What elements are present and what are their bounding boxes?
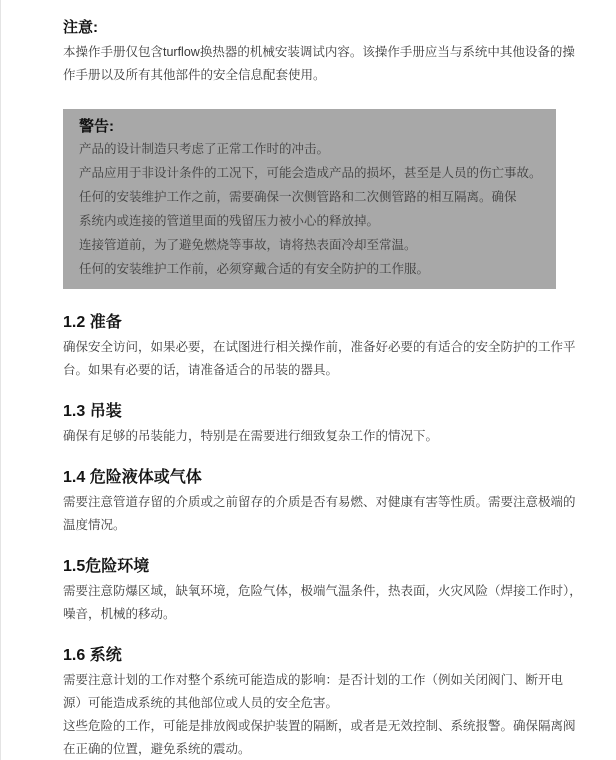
notice-heading: 注意: <box>63 18 608 38</box>
section-heading-hazardous-fluids: 1.4 危险液体或气体 <box>63 468 608 488</box>
page-content: 注意: 本操作手册仅包含turflow换热器的机械安装调试内容。该操作手册应当与… <box>1 0 616 760</box>
section-hazardous-environment: 1.5危险环境 需要注意防爆区域，缺氧环境，危险气体，极端气温条件，热表面，火灾… <box>63 557 608 626</box>
section-body-lifting: 确保有足够的吊装能力，特别是在需要进行细致复杂工作的情况下。 <box>63 425 608 448</box>
section-heading-lifting: 1.3 吊装 <box>63 402 608 422</box>
manual-page: 注意: 本操作手册仅包含turflow换热器的机械安装调试内容。该操作手册应当与… <box>0 0 616 760</box>
section-heading-preparation: 1.2 准备 <box>63 313 608 333</box>
section-preparation: 1.2 准备 确保安全访问，如果必要，在试图进行相关操作前，准备好必要的有适合的… <box>63 313 608 382</box>
section-heading-hazardous-environment: 1.5危险环境 <box>63 557 608 577</box>
section-heading-system: 1.6 系统 <box>63 646 608 666</box>
section-body-hazardous-fluids: 需要注意管道存留的介质或之前留存的介质是否有易燃、对健康有害等性质。需要注意极端… <box>63 491 608 537</box>
section-lifting: 1.3 吊装 确保有足够的吊装能力，特别是在需要进行细致复杂工作的情况下。 <box>63 402 608 448</box>
warning-heading: 警告: <box>79 117 556 137</box>
section-body-preparation: 确保安全访问，如果必要，在试图进行相关操作前，准备好必要的有适合的安全防护的工作… <box>63 336 608 382</box>
warning-body: 产品的设计制造只考虑了正常工作时的冲击。 产品应用于非设计条件的工况下，可能会造… <box>79 137 556 281</box>
section-body-hazardous-environment: 需要注意防爆区域，缺氧环境，危险气体，极端气温条件，热表面，火灾风险（焊接工作时… <box>63 580 608 626</box>
section-body-system: 需要注意计划的工作对整个系统可能造成的影响：是否计划的工作（例如关闭阀门、断开电… <box>63 669 608 760</box>
notice-body: 本操作手册仅包含turflow换热器的机械安装调试内容。该操作手册应当与系统中其… <box>63 41 608 87</box>
warning-box: 警告: 产品的设计制造只考虑了正常工作时的冲击。 产品应用于非设计条件的工况下，… <box>63 109 556 289</box>
section-system: 1.6 系统 需要注意计划的工作对整个系统可能造成的影响：是否计划的工作（例如关… <box>63 646 608 760</box>
section-hazardous-fluids: 1.4 危险液体或气体 需要注意管道存留的介质或之前留存的介质是否有易燃、对健康… <box>63 468 608 537</box>
